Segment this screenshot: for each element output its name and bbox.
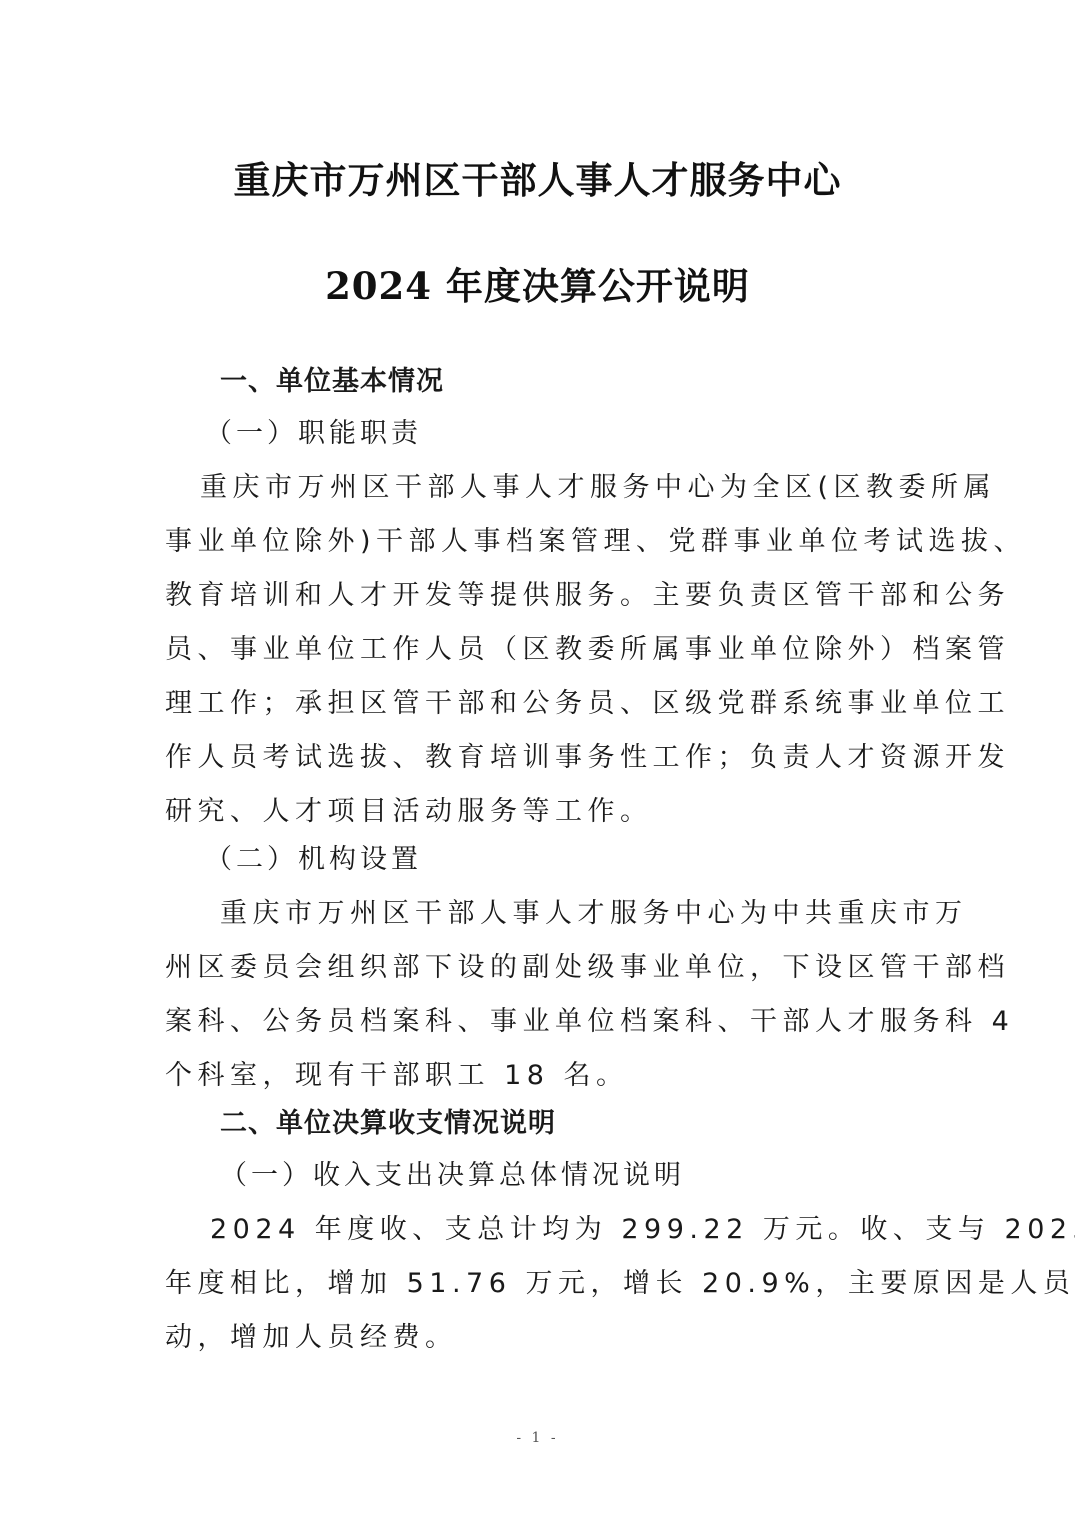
paragraph-line: 年度相比，增加 51.76 万元，增长 20.9%，主要原因是人员变 xyxy=(165,1264,925,1304)
paragraph-line: 动，增加人员经费。 xyxy=(165,1318,925,1358)
paragraph-line: 作人员考试选拔、教育培训事务性工作；负责人才资源开发 xyxy=(165,738,925,778)
document-page: 重庆市万州区干部人事人才服务中心 2024 年度决算公开说明 一、单位基本情况 … xyxy=(0,0,1075,1520)
paragraph-line: 事业单位除外)干部人事档案管理、党群事业单位考试选拔、 xyxy=(165,522,925,562)
paragraph-line: 研究、人才项目活动服务等工作。 xyxy=(165,792,925,832)
paragraph-line: 个科室，现有干部职工 18 名。 xyxy=(165,1056,925,1096)
page-number: - 1 - xyxy=(0,1430,1075,1446)
paragraph-line: 理工作；承担区管干部和公务员、区级党群系统事业单位工 xyxy=(165,684,925,724)
paragraph-line: 州区委员会组织部下设的副处级事业单位，下设区管干部档 xyxy=(165,948,925,988)
section-heading: 一、单位基本情况 xyxy=(220,362,980,402)
section-heading: 二、单位决算收支情况说明 xyxy=(220,1104,980,1144)
paragraph-line: 2024 年度收、支总计均为 299.22 万元。收、支与 2023 xyxy=(210,1210,970,1250)
document-title-line2: 2024 年度决算公开说明 xyxy=(0,256,1075,310)
paragraph-line: 教育培训和人才开发等提供服务。主要负责区管干部和公务 xyxy=(165,576,925,616)
document-title-line1: 重庆市万州区干部人事人才服务中心 xyxy=(0,150,1075,204)
paragraph-line: 重庆市万州区干部人事人才服务中心为全区(区教委所属 xyxy=(200,468,960,508)
paragraph-line: 案科、公务员档案科、事业单位档案科、干部人才服务科 4 xyxy=(165,1002,925,1042)
paragraph-line: 重庆市万州区干部人事人才服务中心为中共重庆市万 xyxy=(220,894,980,934)
paragraph-line: 员、事业单位工作人员（区教委所属事业单位除外）档案管 xyxy=(165,630,925,670)
subsection-heading: （一）职能职责 xyxy=(205,414,965,454)
subsection-heading: （一）收入支出决算总体情况说明 xyxy=(220,1156,980,1196)
subsection-heading: （二）机构设置 xyxy=(205,840,965,880)
